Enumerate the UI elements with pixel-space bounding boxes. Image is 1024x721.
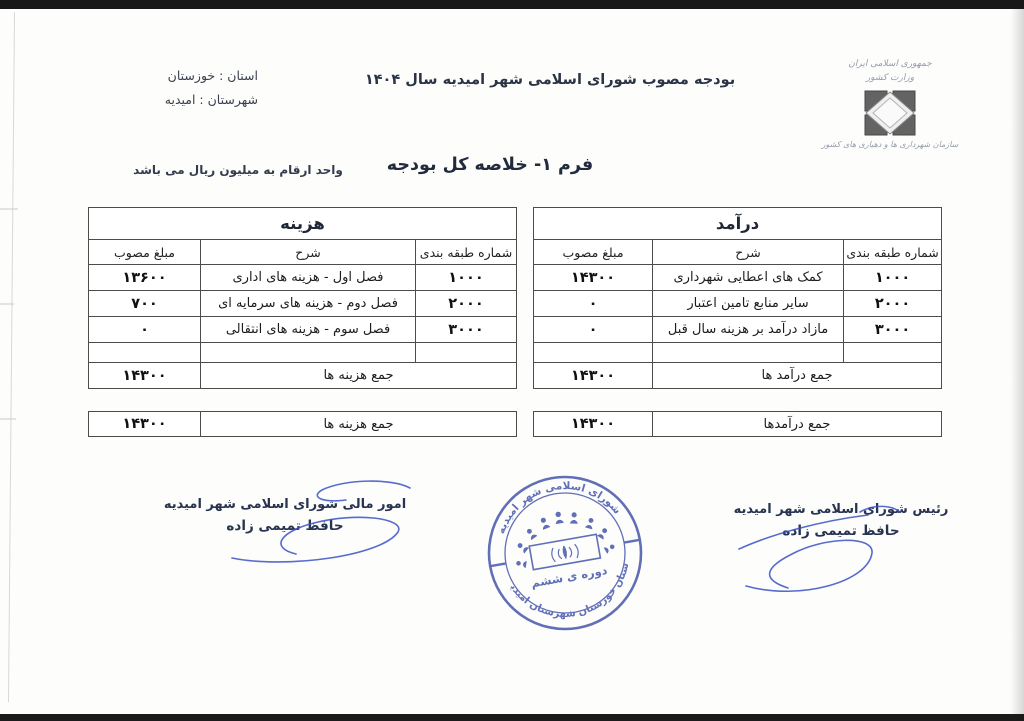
ministry-line1: جمهوری اسلامی ایران: [812, 58, 968, 72]
table-row-empty: [534, 343, 942, 363]
ministry-line2: وزارت کشور: [812, 72, 968, 86]
scan-edge-top: [0, 0, 1024, 9]
expense-grand-total-table: جمع هزینه ها ۱۴۳۰۰: [88, 411, 517, 437]
cell-amount: ۱۴۳۰۰: [534, 265, 653, 291]
table-row: درآمد: [534, 208, 942, 240]
grand-amount: ۱۴۳۰۰: [89, 412, 201, 437]
table-row-grand: جمع درآمدها ۱۴۳۰۰: [534, 412, 942, 437]
expense-table: هزینه شماره طبقه بندی شرح مبلغ مصوب ۱۰۰۰…: [88, 207, 517, 389]
table-row: ۱۰۰۰ کمک های اعطایی شهرداری ۱۴۳۰۰: [534, 265, 942, 291]
table-row: ۲۰۰۰ سایر منابع تامین اعتبار ۰: [534, 291, 942, 317]
cell-amount: ۰: [534, 291, 653, 317]
table-row-empty: [89, 343, 517, 363]
table-row-total: جمع هزینه ها ۱۴۳۰۰: [89, 363, 517, 389]
cell-amount: ۷۰۰: [89, 291, 201, 317]
total-label: جمع درآمد ها: [653, 363, 942, 389]
stamp-top-arc-text: شورای اسلامی شهر امیدیه: [488, 470, 624, 538]
scan-scratch: [0, 208, 18, 210]
table-row: ۳۰۰۰ فصل سوم - هزینه های انتقالی ۰: [89, 317, 517, 343]
column-header: شرح: [653, 240, 844, 265]
handwritten-signature-right: [746, 540, 872, 591]
cell-code: ۲۰۰۰: [844, 291, 942, 317]
signature-block-finance: امور مالی شورای اسلامی شهر امیدیه حافظ ت…: [150, 497, 420, 534]
table-row-total: جمع درآمد ها ۱۴۳۰۰: [534, 363, 942, 389]
cell-code: ۱۰۰۰: [416, 265, 517, 291]
grand-label: جمع هزینه ها: [201, 412, 517, 437]
cell-desc: فصل اول - هزینه های اداری: [201, 265, 416, 291]
cell-desc: مازاد درآمد بر هزینه سال قبل: [653, 317, 844, 343]
cell-amount: ۰: [89, 317, 201, 343]
svg-text:استان خوزستان شهرستان امیدیه: استان خوزستان شهرستان امیدیه: [502, 534, 639, 630]
total-amount: ۱۴۳۰۰: [534, 363, 653, 389]
table-row: ۱۰۰۰ فصل اول - هزینه های اداری ۱۳۶۰۰: [89, 265, 517, 291]
signatory-role: امور مالی شورای اسلامی شهر امیدیه: [150, 497, 420, 512]
scan-edge-left: [8, 12, 15, 702]
cell-amount: ۱۳۶۰۰: [89, 265, 201, 291]
total-amount: ۱۴۳۰۰: [89, 363, 201, 389]
income-table-title: درآمد: [534, 208, 942, 240]
table-row: ۲۰۰۰ فصل دوم - هزینه های سرمایه ای ۷۰۰: [89, 291, 517, 317]
cell-desc: فصل سوم - هزینه های انتقالی: [201, 317, 416, 343]
signatory-name: حافظ تمیمی زاده: [150, 518, 420, 534]
stamp-term-text: دوره ی ششم: [530, 563, 609, 591]
cell-desc: فصل دوم - هزینه های سرمایه ای: [201, 291, 416, 317]
expense-table-title: هزینه: [89, 208, 517, 240]
table-row: هزینه: [89, 208, 517, 240]
table-row-grand: جمع هزینه ها ۱۴۳۰۰: [89, 412, 517, 437]
cell-code: ۲۰۰۰: [416, 291, 517, 317]
stamp-bottom-arc-text: استان خوزستان شهرستان امیدیه: [502, 534, 639, 630]
column-header: شرح: [201, 240, 416, 265]
scan-edge-right: [1011, 9, 1024, 714]
signatory-name: حافظ تمیمی زاده: [706, 523, 976, 539]
cell-desc: سایر منابع تامین اعتبار: [653, 291, 844, 317]
cell-code: ۱۰۰۰: [844, 265, 942, 291]
scanned-page: استان : خوزستان شهرستان : امیدیه بودجه م…: [0, 0, 1024, 721]
cell-code: ۳۰۰۰: [844, 317, 942, 343]
column-header: شماره طبقه بندی: [416, 240, 517, 265]
total-label: جمع هزینه ها: [201, 363, 517, 389]
column-header: شماره طبقه بندی: [844, 240, 942, 265]
income-grand-total-table: جمع درآمدها ۱۴۳۰۰: [533, 411, 942, 437]
iran-emblem-icon: [551, 544, 580, 562]
unit-note: واحد ارقام به میلیون ریال می باشد: [128, 163, 348, 177]
org-caption: سازمان شهرداری ها و دهیاری های کشور: [812, 140, 968, 149]
column-header: مبلغ مصوب: [534, 240, 653, 265]
svg-text:شورای اسلامی شهر امیدیه: شورای اسلامی شهر امیدیه: [488, 470, 624, 538]
county-label: شهرستان : امیدیه: [138, 88, 258, 112]
document-title: بودجه مصوب شورای اسلامی شهر امیدیه سال ۱…: [300, 72, 800, 88]
scan-scratch: [0, 418, 16, 420]
table-row: ۳۰۰۰ مازاد درآمد بر هزینه سال قبل ۰: [534, 317, 942, 343]
cell-amount: ۰: [534, 317, 653, 343]
table-row: شماره طبقه بندی شرح مبلغ مصوب: [534, 240, 942, 265]
income-table: درآمد شماره طبقه بندی شرح مبلغ مصوب ۱۰۰۰…: [533, 207, 942, 389]
council-stamp: شورای اسلامی شهر امیدیه استان خوزستان شه…: [478, 466, 652, 640]
grand-label: جمع درآمدها: [653, 412, 942, 437]
grand-amount: ۱۴۳۰۰: [534, 412, 653, 437]
signature-block-chairman: رئیس شورای اسلامی شهر امیدیه حافظ تمیمی …: [706, 502, 976, 539]
province-label: استان : خوزستان: [138, 64, 258, 88]
location-block: استان : خوزستان شهرستان : امیدیه: [138, 64, 258, 113]
column-header: مبلغ مصوب: [89, 240, 201, 265]
ministry-logo-block: جمهوری اسلامی ایران وزارت کشور سازمان شه…: [812, 58, 968, 149]
scan-edge-bottom: [0, 714, 1024, 721]
municipalities-org-logo-icon: [862, 88, 918, 138]
table-row: شماره طبقه بندی شرح مبلغ مصوب: [89, 240, 517, 265]
signatory-role: رئیس شورای اسلامی شهر امیدیه: [706, 502, 976, 517]
form-title: فرم ۱- خلاصه کل بودجه: [350, 155, 630, 175]
scan-scratch: [0, 303, 14, 305]
cell-code: ۳۰۰۰: [416, 317, 517, 343]
cell-desc: کمک های اعطایی شهرداری: [653, 265, 844, 291]
